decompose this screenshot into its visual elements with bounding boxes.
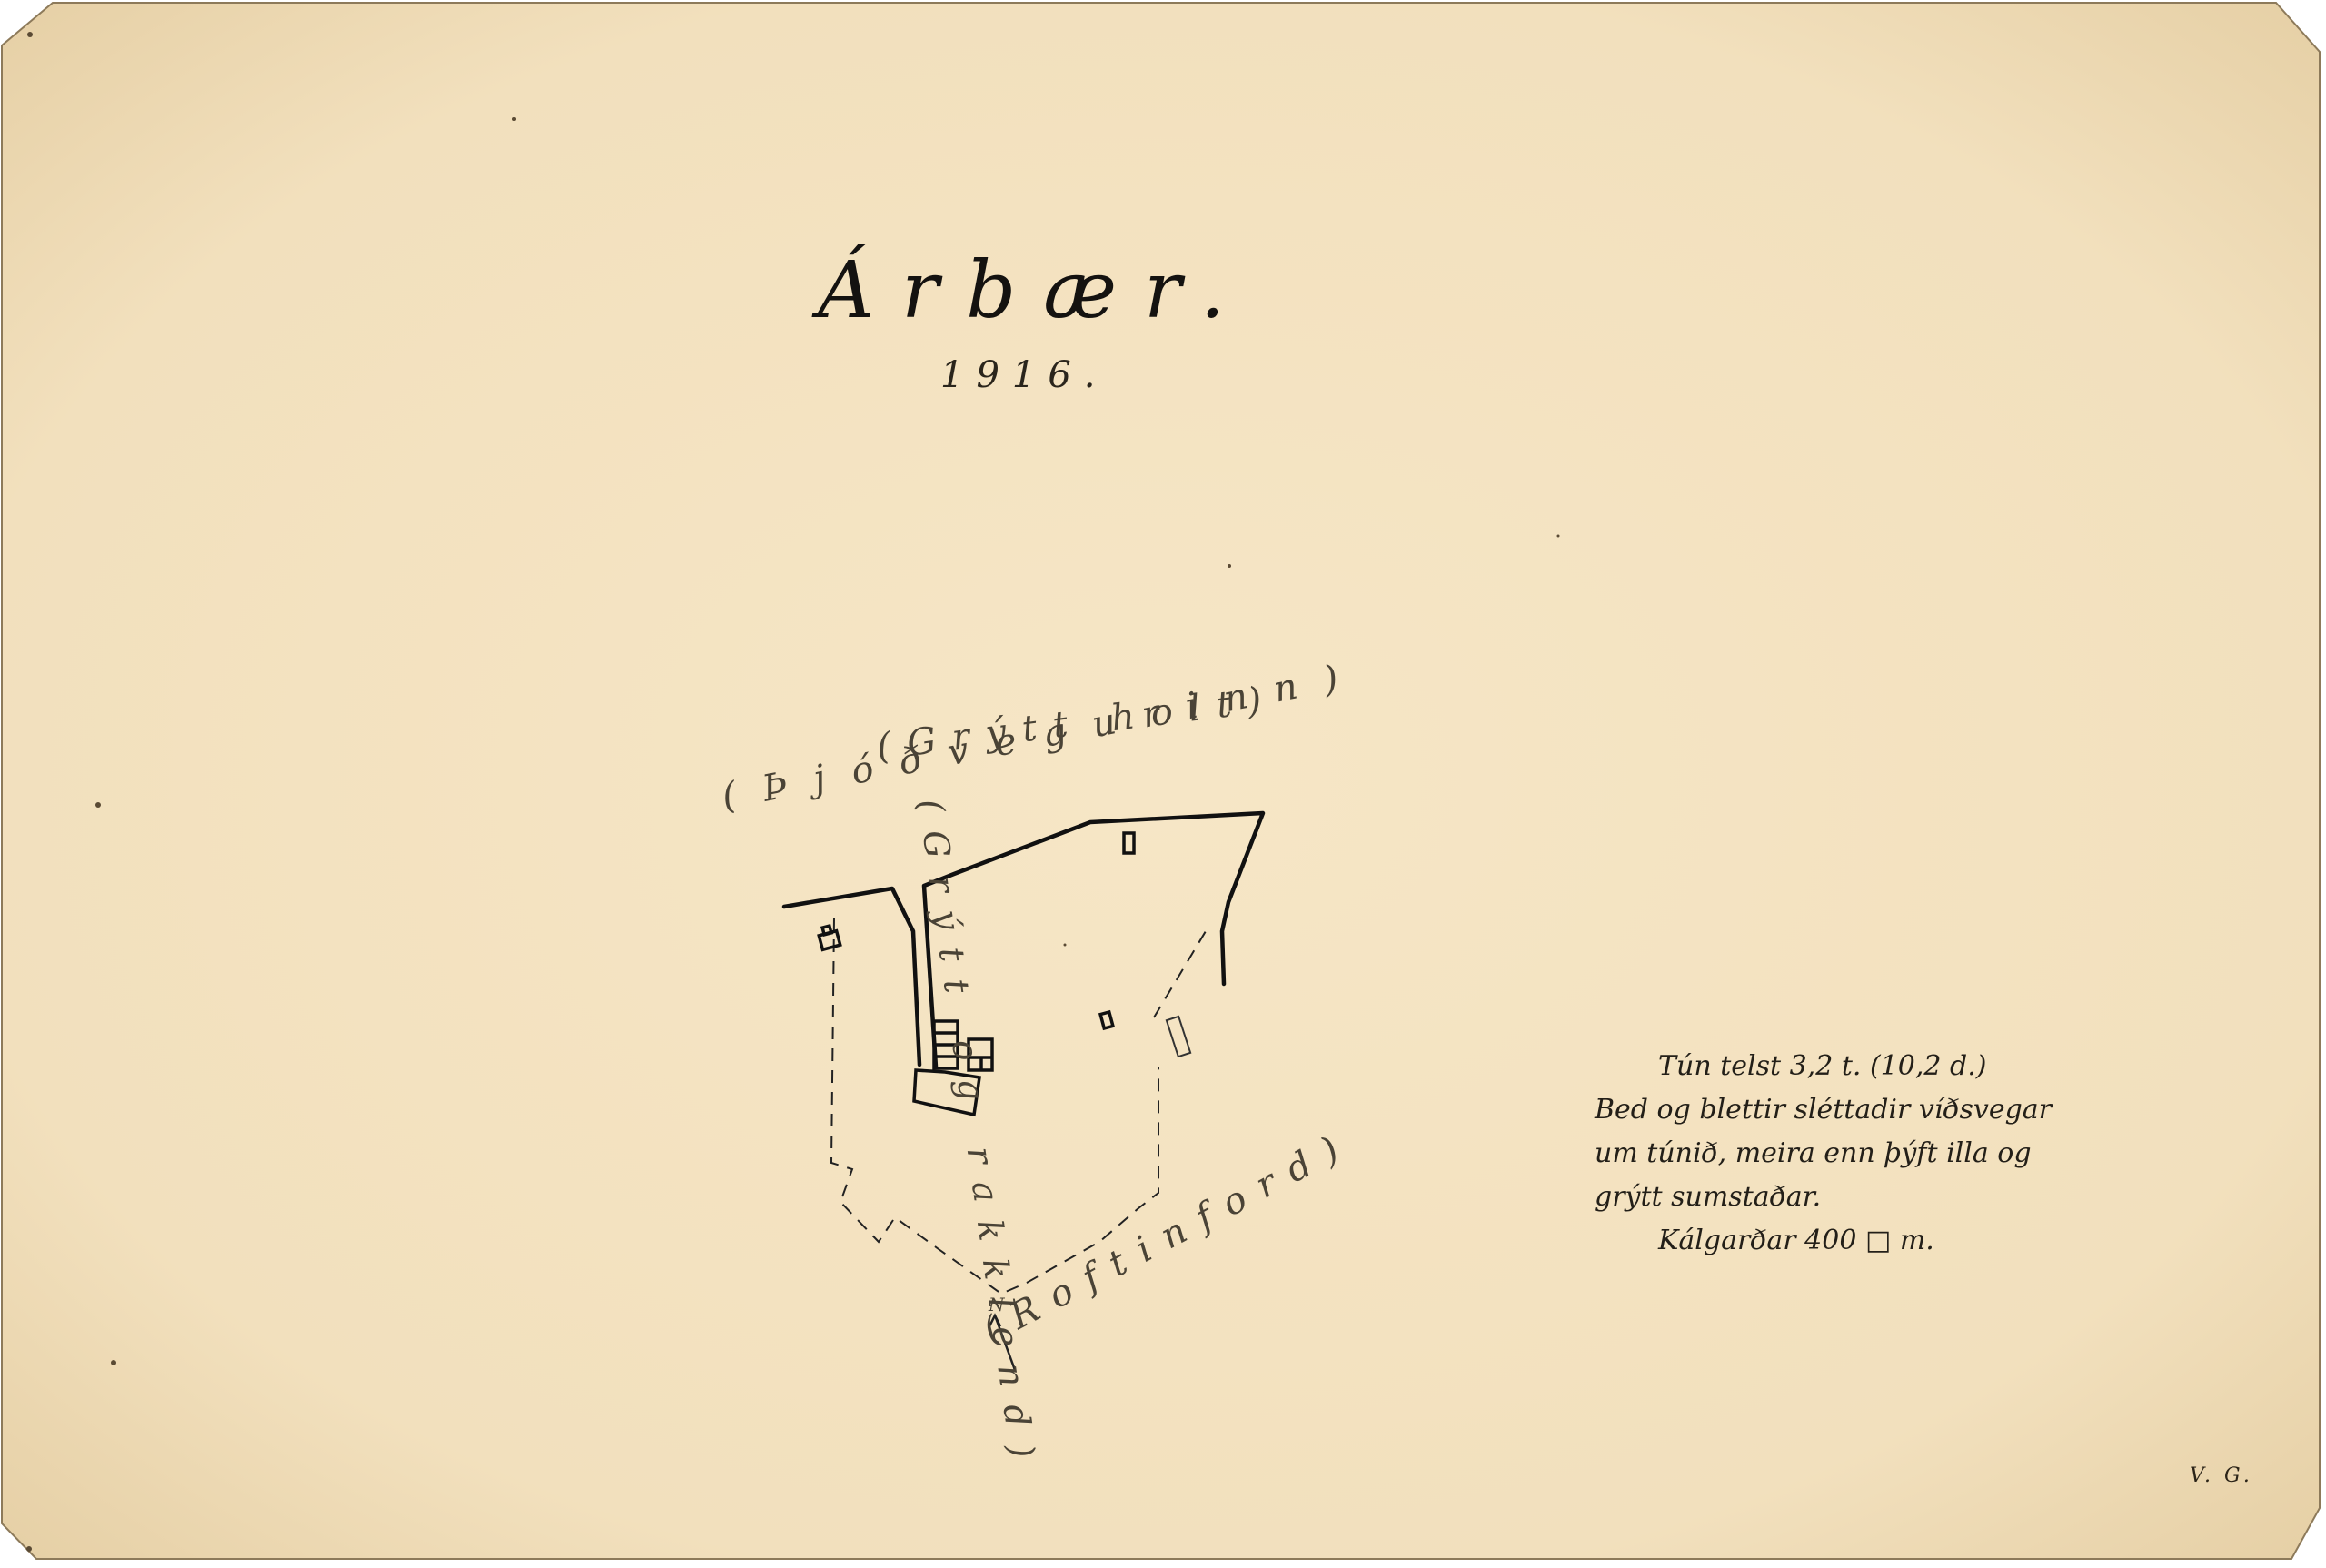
paper-and-drawing [0, 0, 2326, 1568]
notes-line-5: Kálgarðar 400 □ m. [1595, 1219, 2052, 1263]
map-title: Árbær. [818, 245, 1252, 336]
north-arrow-label: N [989, 1294, 1005, 1315]
paper-sheet [2, 3, 2320, 1559]
notes-line-4: grýtt sumstaðar. [1595, 1176, 2052, 1219]
map-year: 1916. [940, 354, 1108, 396]
notes-line-1: Tún telst 3,2 t. (10,2 d.) [1595, 1045, 2052, 1088]
scanned-map-sheet: Árbær. 1916. (Grýtt holt) (Þjóðvegurinn)… [0, 0, 2326, 1568]
notes-line-2: Bed og blettir slétta‍dir víðsvegar [1595, 1088, 2052, 1132]
surveyor-initials: V. G. [2190, 1464, 2253, 1487]
notes-line-3: um túnið, meira enn þýft illa og [1595, 1132, 2052, 1176]
field-notes: Tún telst 3,2 t. (10,2 d.) Bed og bletti… [1595, 1045, 2052, 1263]
